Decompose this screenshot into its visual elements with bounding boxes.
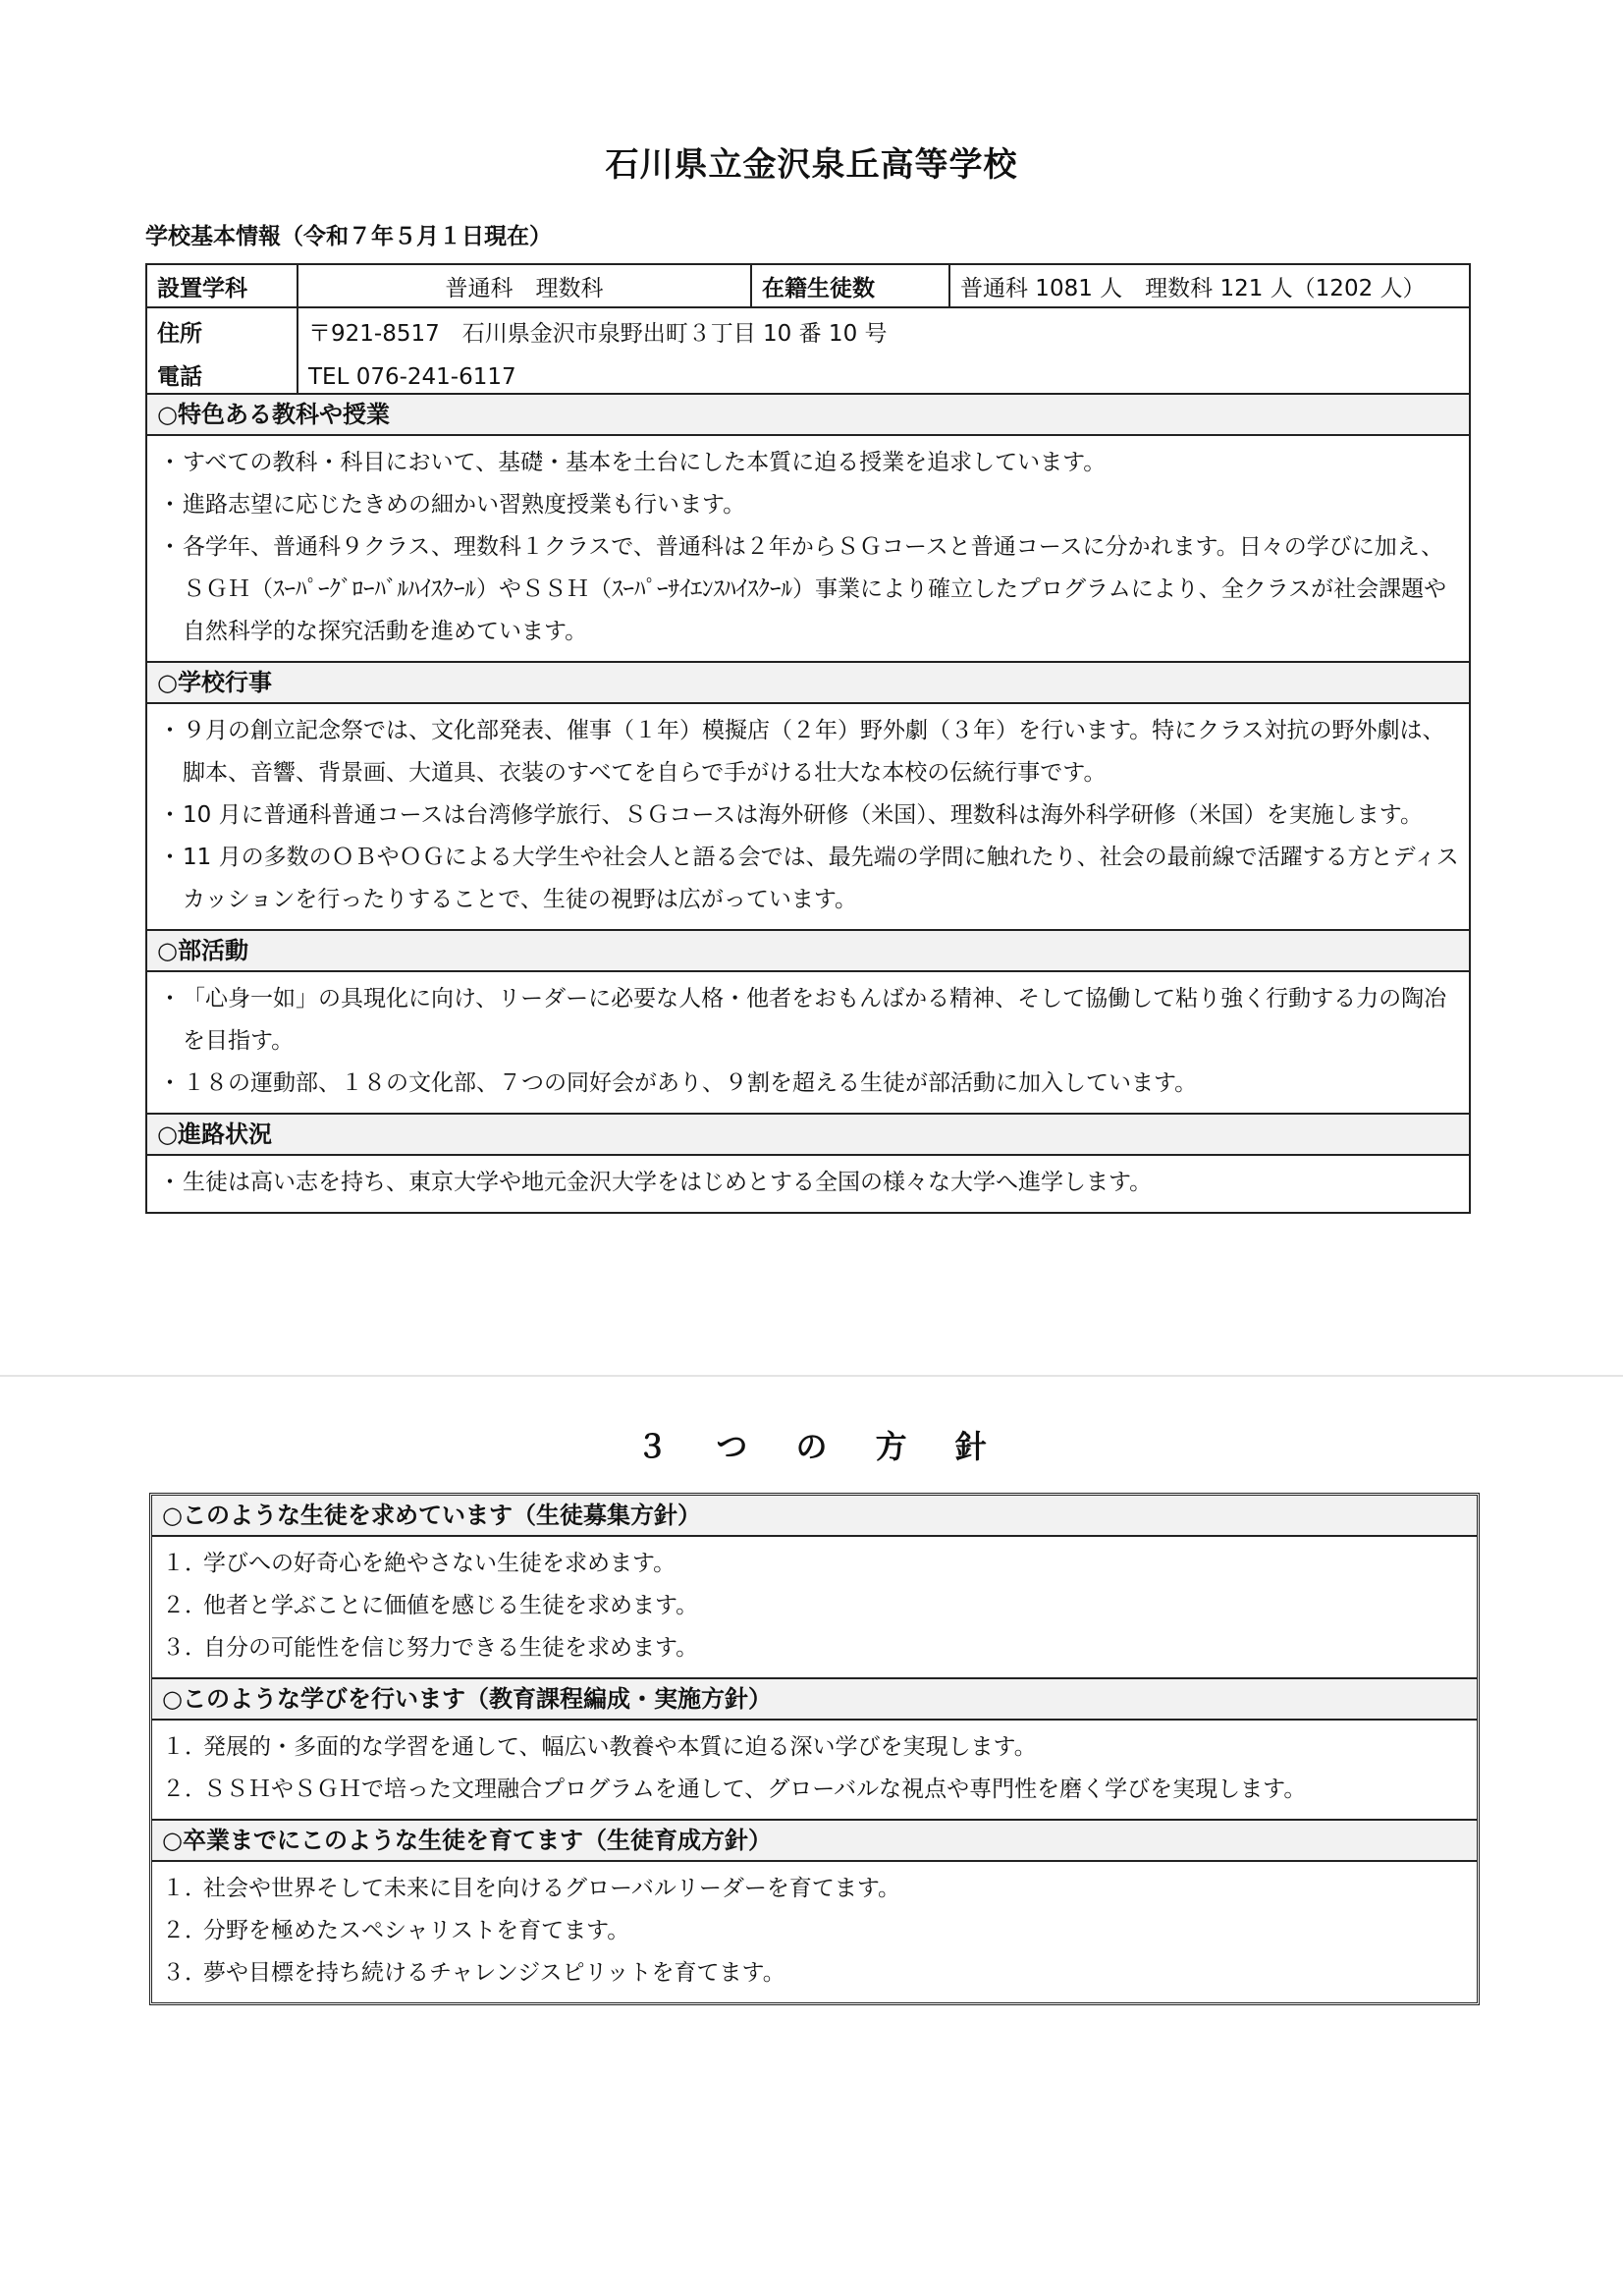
list-item: ・「心身一如」の具現化に向け、リーダーに必要な人格・他者をおもんばかる精神、そし… <box>157 978 1459 1063</box>
bullet-icon: ・ <box>157 526 183 569</box>
bullet-icon: ・ <box>157 837 183 879</box>
list-item: ・９月の創立記念祭では、文化部発表、催事（１年）模擬店（２年）野外劇（３年）を行… <box>157 710 1459 794</box>
policy-item: ３．夢や目標を持ち続けるチャレンジスピリットを育てます。 <box>162 1952 1467 1995</box>
divider <box>0 1375 1623 1377</box>
policy-item-text: 分野を極めたスペシャリストを育てます。 <box>203 1918 629 1943</box>
list-item-text: 10 月に普通科普通コースは台湾修学旅行、ＳＧコースは海外研修（米国）、理数科は… <box>183 802 1423 828</box>
policy-body: １．学びへの好奇心を絶やさない生徒を求めます。２．他者と学ぶことに価値を感じる生… <box>152 1537 1477 1677</box>
enrollment-label: 在籍生徒数 <box>751 264 949 307</box>
bullet-icon: ・ <box>157 978 183 1020</box>
section-heading: ○特色ある教科や授業 <box>147 395 1469 436</box>
departments-label: 設置学科 <box>146 264 298 307</box>
section-heading: ○進路状況 <box>147 1113 1469 1156</box>
policy-item-text: ＳＳＨやＳＧＨで培った文理融合プログラムを通して、グローバルな視点や専門性を磨く… <box>203 1777 1306 1802</box>
policy-item-text: 自分の可能性を信じ努力できる生徒を求めます。 <box>203 1635 698 1661</box>
list-item: ・進路志望に応じたきめの細かい習熟度授業も行います。 <box>157 484 1459 526</box>
policy-item-number: ２． <box>162 1769 203 1811</box>
policy-item-text: 他者と学ぶことに価値を感じる生徒を求めます。 <box>203 1593 698 1618</box>
address-value: 〒921-8517 石川県金沢市泉野出町３丁目 10 番 10 号 <box>308 312 1459 355</box>
list-item-text: 11 月の多数のＯＢやＯＧによる大学生や社会人と語る会では、最先端の学問に触れた… <box>183 845 1459 912</box>
list-item: ・すべての教科・科目において、基礎・基本を土台にした本質に迫る授業を追求していま… <box>157 442 1459 484</box>
list-item: ・11 月の多数のＯＢやＯＧによる大学生や社会人と語る会では、最先端の学問に触れ… <box>157 837 1459 921</box>
policies-title: ３ つ の 方 針 <box>0 1422 1623 1467</box>
policy-body: １．社会や世界そして未来に目を向けるグローバルリーダーを育てます。２．分野を極め… <box>152 1862 1477 2002</box>
policy-heading: ○卒業までにこのような生徒を育てます（生徒育成方針） <box>152 1819 1477 1862</box>
section-body: ・９月の創立記念祭では、文化部発表、催事（１年）模擬店（２年）野外劇（３年）を行… <box>147 704 1469 929</box>
list-item: ・１８の運動部、１８の文化部、７つの同好会があり、９割を超える生徒が部活動に加入… <box>157 1063 1459 1105</box>
list-item-text: 生徒は高い志を持ち、東京大学や地元金沢大学をはじめとする全国の様々な大学へ進学し… <box>183 1170 1152 1195</box>
bullet-icon: ・ <box>157 442 183 484</box>
policy-item-text: 発展的・多面的な学習を通して、幅広い教養や本質に迫る深い学びを実現します。 <box>203 1734 1037 1760</box>
contact-labels: 住所 電話 <box>146 307 298 404</box>
basic-info-heading: 学校基本情報（令和７年５月１日現在） <box>145 218 552 250</box>
bullet-icon: ・ <box>157 484 183 526</box>
policy-item-number: ２． <box>162 1585 203 1627</box>
bullet-icon: ・ <box>157 710 183 752</box>
enrollment-value: 普通科 1081 人 理数科 121 人（1202 人） <box>949 264 1470 307</box>
policy-item-number: １． <box>162 1543 203 1585</box>
list-item-text: 各学年、普通科９クラス、理数科１クラスで、普通科は２年からＳＧコースと普通コース… <box>183 534 1446 644</box>
sections-container: ○特色ある教科や授業・すべての教科・科目において、基礎・基本を土台にした本質に迫… <box>147 395 1469 1212</box>
policy-item-number: １． <box>162 1726 203 1769</box>
policy-item: ２．ＳＳＨやＳＧＨで培った文理融合プログラムを通して、グローバルな視点や専門性を… <box>162 1769 1467 1811</box>
list-item-text: 「心身一如」の具現化に向け、リーダーに必要な人格・他者をおもんばかる精神、そして… <box>183 986 1446 1054</box>
basic-info-table: 設置学科 普通科 理数科 在籍生徒数 普通科 1081 人 理数科 121 人（… <box>145 263 1471 405</box>
policy-item: ２．分野を極めたスペシャリストを育てます。 <box>162 1910 1467 1952</box>
policy-item-text: 学びへの好奇心を絶やさない生徒を求めます。 <box>203 1551 676 1576</box>
policy-heading: ○このような生徒を求めています（生徒募集方針） <box>152 1496 1477 1537</box>
departments-value: 普通科 理数科 <box>298 264 751 307</box>
policy-item: １．発展的・多面的な学習を通して、幅広い教養や本質に迫る深い学びを実現します。 <box>162 1726 1467 1769</box>
section-body: ・生徒は高い志を持ち、東京大学や地元金沢大学をはじめとする全国の様々な大学へ進学… <box>147 1156 1469 1212</box>
policy-item: ２．他者と学ぶことに価値を感じる生徒を求めます。 <box>162 1585 1467 1627</box>
list-item: ・10 月に普通科普通コースは台湾修学旅行、ＳＧコースは海外研修（米国）、理数科… <box>157 794 1459 837</box>
page-title: 石川県立金沢泉丘高等学校 <box>0 137 1623 186</box>
section-body: ・「心身一如」の具現化に向け、リーダーに必要な人格・他者をおもんばかる精神、そし… <box>147 972 1469 1113</box>
policy-item-text: 社会や世界そして未来に目を向けるグローバルリーダーを育てます。 <box>203 1876 900 1901</box>
list-item-text: ９月の創立記念祭では、文化部発表、催事（１年）模擬店（２年）野外劇（３年）を行い… <box>183 718 1444 786</box>
departments-row: 設置学科 普通科 理数科 在籍生徒数 普通科 1081 人 理数科 121 人（… <box>146 264 1470 307</box>
policy-body: １．発展的・多面的な学習を通して、幅広い教養や本質に迫る深い学びを実現します。２… <box>152 1721 1477 1819</box>
policy-item: １．学びへの好奇心を絶やさない生徒を求めます。 <box>162 1543 1467 1585</box>
policy-item: １．社会や世界そして未来に目を向けるグローバルリーダーを育てます。 <box>162 1868 1467 1910</box>
contact-values: 〒921-8517 石川県金沢市泉野出町３丁目 10 番 10 号 TEL 07… <box>298 307 1470 404</box>
bullet-icon: ・ <box>157 1162 183 1204</box>
policy-item: ３．自分の可能性を信じ努力できる生徒を求めます。 <box>162 1627 1467 1669</box>
bullet-icon: ・ <box>157 794 183 837</box>
section-body: ・すべての教科・科目において、基礎・基本を土台にした本質に迫る授業を追求していま… <box>147 436 1469 661</box>
list-item-text: 進路志望に応じたきめの細かい習熟度授業も行います。 <box>183 492 745 518</box>
list-item-text: １８の運動部、１８の文化部、７つの同好会があり、９割を超える生徒が部活動に加入し… <box>183 1070 1197 1096</box>
policy-item-text: 夢や目標を持ち続けるチャレンジスピリットを育てます。 <box>203 1960 785 1986</box>
list-item: ・生徒は高い志を持ち、東京大学や地元金沢大学をはじめとする全国の様々な大学へ進学… <box>157 1162 1459 1204</box>
bullet-icon: ・ <box>157 1063 183 1105</box>
school-features-box: ○特色ある教科や授業・すべての教科・科目において、基礎・基本を土台にした本質に迫… <box>145 393 1471 1214</box>
section-heading: ○部活動 <box>147 929 1469 972</box>
policy-heading: ○このような学びを行います（教育課程編成・実施方針） <box>152 1677 1477 1721</box>
policy-item-number: ３． <box>162 1952 203 1995</box>
section-heading: ○学校行事 <box>147 661 1469 704</box>
list-item: ・各学年、普通科９クラス、理数科１クラスで、普通科は２年からＳＧコースと普通コー… <box>157 526 1459 653</box>
policy-item-number: １． <box>162 1868 203 1910</box>
policies-container: ○このような生徒を求めています（生徒募集方針）１．学びへの好奇心を絶やさない生徒… <box>152 1496 1477 2002</box>
policy-item-number: ２． <box>162 1910 203 1952</box>
address-label: 住所 <box>157 312 287 355</box>
list-item-text: すべての教科・科目において、基礎・基本を土台にした本質に迫る授業を追求しています… <box>183 450 1106 475</box>
contact-row: 住所 電話 〒921-8517 石川県金沢市泉野出町３丁目 10 番 10 号 … <box>146 307 1470 404</box>
policy-item-number: ３． <box>162 1627 203 1669</box>
policies-box: ○このような生徒を求めています（生徒募集方針）１．学びへの好奇心を絶やさない生徒… <box>149 1493 1480 2005</box>
